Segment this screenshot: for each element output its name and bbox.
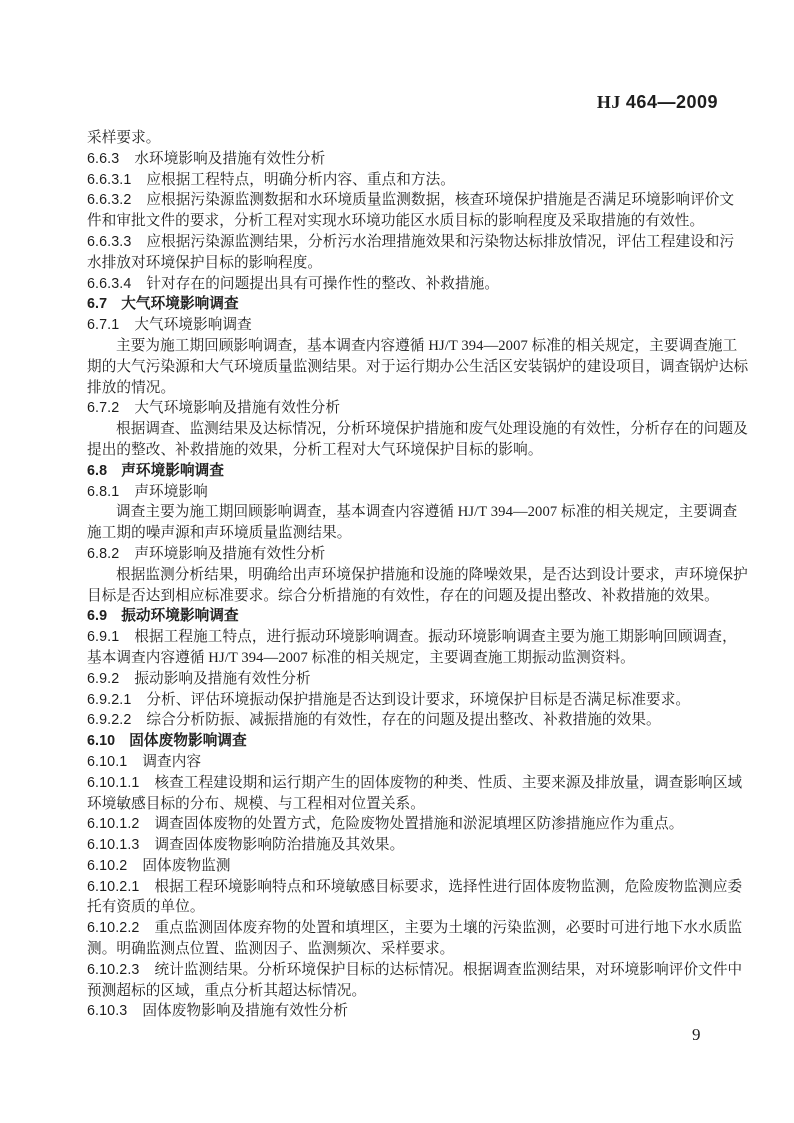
doc-line: 6.7.2大气环境影响及措施有效性分析: [87, 398, 719, 419]
line-text: 振动环境影响调查: [121, 608, 239, 624]
doc-line: 6.9.2.1分析、评估环境振动保护措施是否达到设计要求，环境保护目标是否满足标…: [87, 690, 719, 711]
section-number: 6.8.2: [87, 546, 119, 562]
line-text: 综合分析防振、减振措施的有效性，存在的问题及提出整改、补救措施的效果。: [146, 712, 660, 728]
doc-line: 件和审批文件的要求，分析工程对实现水环境功能区水质目标的影响程度及采取措施的有效…: [87, 211, 719, 232]
page-number: 9: [692, 1025, 701, 1045]
line-text: 采样要求。: [87, 130, 160, 146]
section-number: 6.7.1: [87, 317, 119, 333]
doc-line: 环境敏感目标的分布、规模、与工程相对位置关系。: [87, 794, 719, 815]
line-text: 期的大气污染源和大气环境质量监测结果。对于运行期办公生活区安装锅炉的建设项目，调…: [87, 359, 748, 375]
section-number: 6.6.3.4: [87, 276, 131, 292]
line-text: 固体废物影响及措施有效性分析: [142, 1003, 348, 1019]
line-text: 根据调查、监测结果及达标情况，分析环境保护措施和废气处理设施的有效性，分析存在的…: [116, 421, 748, 437]
doc-line: 6.9振动环境影响调查: [87, 606, 719, 627]
doc-line: 水排放对环境保护目标的影响程度。: [87, 253, 719, 274]
doc-line: 6.6.3.2应根据污染源监测数据和水环境质量监测数据，核查环境保护措施是否满足…: [87, 190, 719, 211]
doc-line: 6.10.1.3调查固体废物影响防治措施及其效果。: [87, 835, 719, 856]
section-number: 6.9.2.2: [87, 712, 131, 728]
line-text: 分析、评估环境振动保护措施是否达到设计要求，环境保护目标是否满足标准要求。: [146, 692, 690, 708]
section-number: 6.10: [87, 733, 115, 749]
doc-line: 6.9.1根据工程施工特点，进行振动环境影响调查。振动环境影响调查主要为施工期影…: [87, 627, 719, 648]
section-number: 6.6.3.1: [87, 172, 131, 188]
doc-line: 排放的情况。: [87, 378, 719, 399]
doc-line: 6.8.1声环境影响: [87, 482, 719, 503]
section-number: 6.6.3.2: [87, 192, 131, 208]
line-text: 根据工程施工特点，进行振动环境影响调查。振动环境影响调查主要为施工期影响回顾调查…: [134, 629, 736, 645]
doc-line: 6.7.1大气环境影响调查: [87, 315, 719, 336]
doc-line: 6.8声环境影响调查: [87, 461, 719, 482]
line-text: 声环境影响调查: [121, 463, 224, 479]
doc-line: 6.6.3水环境影响及措施有效性分析: [87, 149, 719, 170]
doc-line: 6.6.3.3应根据污染源监测结果，分析污水治理措施效果和污染物达标排放情况，评…: [87, 232, 719, 253]
line-text: 根据监测分析结果，明确给出声环境保护措施和设施的降噪效果，是否达到设计要求，声环…: [116, 567, 748, 583]
doc-line: 6.10.1.2调查固体废物的处置方式，危险废物处置措施和淤泥填埋区防渗措施应作…: [87, 814, 719, 835]
section-number: 6.10.1.3: [87, 837, 139, 853]
doc-line: 6.10.1.1核查工程建设期和运行期产生的固体废物的种类、性质、主要来源及排放…: [87, 773, 719, 794]
line-text: 环境敏感目标的分布、规模、与工程相对位置关系。: [87, 796, 425, 812]
document-page: HJ 464—2009 采样要求。6.6.3水环境影响及措施有效性分析6.6.3…: [0, 0, 794, 1123]
standard-code-number: 464—2009: [626, 92, 718, 112]
doc-line: 主要为施工期回顾影响调查，基本调查内容遵循 HJ/T 394—2007 标准的相…: [87, 336, 719, 357]
line-text: 调查主要为施工期回顾影响调查，基本调查内容遵循 HJ/T 394—2007 标准…: [116, 504, 737, 520]
doc-line: 6.9.2.2综合分析防振、减振措施的有效性，存在的问题及提出整改、补救措施的效…: [87, 710, 719, 731]
section-number: 6.10.2.3: [87, 962, 139, 978]
doc-line: 6.7大气环境影响调查: [87, 294, 719, 315]
doc-line: 基本调查内容遵循 HJ/T 394—2007 标准的相关规定，主要调查施工期振动…: [87, 648, 719, 669]
section-number: 6.9.2.1: [87, 692, 131, 708]
doc-line: 根据调查、监测结果及达标情况，分析环境保护措施和废气处理设施的有效性，分析存在的…: [87, 419, 719, 440]
line-text: 大气环境影响调查: [121, 296, 239, 312]
line-text: 根据工程环境影响特点和环境敏感目标要求，选择性进行固体废物监测，危险废物监测应委: [154, 879, 742, 895]
line-text: 核查工程建设期和运行期产生的固体废物的种类、性质、主要来源及排放量，调查影响区域: [154, 775, 742, 791]
section-number: 6.8: [87, 463, 107, 479]
line-text: 水排放对环境保护目标的影响程度。: [87, 255, 322, 271]
doc-line: 提出的整改、补救措施的效果，分析工程对大气环境保护目标的影响。: [87, 440, 719, 461]
doc-line: 预测超标的区域，重点分析其超达标情况。: [87, 981, 719, 1002]
line-text: 重点监测固体废弃物的处置和填埋区，主要为土壤的污染监测，必要时可进行地下水水质监: [154, 920, 742, 936]
doc-line: 目标是否达到相应标准要求。综合分析措施的有效性，存在的问题及提出整改、补救措施的…: [87, 586, 719, 607]
line-text: 测。明确监测点位置、监测因子、监测频次、采样要求。: [87, 941, 454, 957]
doc-line: 调查主要为施工期回顾影响调查，基本调查内容遵循 HJ/T 394—2007 标准…: [87, 502, 719, 523]
section-number: 6.10.1: [87, 754, 127, 770]
doc-line: 6.10.3固体废物影响及措施有效性分析: [87, 1001, 719, 1022]
section-number: 6.9.1: [87, 629, 119, 645]
line-text: 水环境影响及措施有效性分析: [134, 151, 325, 167]
section-number: 6.10.1.2: [87, 816, 139, 832]
section-number: 6.10.2.1: [87, 879, 139, 895]
line-text: 声环境影响: [134, 484, 207, 500]
doc-line: 期的大气污染源和大气环境质量监测结果。对于运行期办公生活区安装锅炉的建设项目，调…: [87, 357, 719, 378]
section-number: 6.6.3: [87, 151, 119, 167]
line-text: 声环境影响及措施有效性分析: [134, 546, 325, 562]
section-number: 6.10.2.2: [87, 920, 139, 936]
section-number: 6.9.2: [87, 671, 119, 687]
doc-line: 采样要求。: [87, 128, 719, 149]
doc-line: 托有资质的单位。: [87, 897, 719, 918]
line-text: 托有资质的单位。: [87, 899, 205, 915]
doc-line: 6.10.2.2重点监测固体废弃物的处置和填埋区，主要为土壤的污染监测，必要时可…: [87, 918, 719, 939]
line-text: 主要为施工期回顾影响调查，基本调查内容遵循 HJ/T 394—2007 标准的相…: [116, 338, 737, 354]
doc-line: 测。明确监测点位置、监测因子、监测频次、采样要求。: [87, 939, 719, 960]
doc-line: 6.10.2.1根据工程环境影响特点和环境敏感目标要求，选择性进行固体废物监测，…: [87, 877, 719, 898]
line-text: 大气环境影响及措施有效性分析: [134, 400, 340, 416]
section-number: 6.7.2: [87, 400, 119, 416]
section-number: 6.7: [87, 296, 107, 312]
doc-line: 6.6.3.1应根据工程特点，明确分析内容、重点和方法。: [87, 170, 719, 191]
line-text: 件和审批文件的要求，分析工程对实现水环境功能区水质目标的影响程度及采取措施的有效…: [87, 213, 704, 229]
section-number: 6.8.1: [87, 484, 119, 500]
doc-line: 6.9.2振动影响及措施有效性分析: [87, 669, 719, 690]
section-number: 6.6.3.3: [87, 234, 131, 250]
line-text: 统计监测结果。分析环境保护目标的达标情况。根据调查监测结果，对环境影响评价文件中: [154, 962, 742, 978]
doc-line: 6.6.3.4针对存在的问题提出具有可操作性的整改、补救措施。: [87, 274, 719, 295]
line-text: 排放的情况。: [87, 380, 175, 396]
section-number: 6.10.1.1: [87, 775, 139, 791]
doc-line: 6.8.2声环境影响及措施有效性分析: [87, 544, 719, 565]
line-text: 调查固体废物的处置方式，危险废物处置措施和淤泥填埋区防渗措施应作为重点。: [154, 816, 683, 832]
line-text: 预测超标的区域，重点分析其超达标情况。: [87, 983, 366, 999]
line-text: 调查固体废物影响防治措施及其效果。: [154, 837, 404, 853]
line-text: 固体废物监测: [142, 858, 230, 874]
line-text: 应根据污染源监测数据和水环境质量监测数据，核查环境保护措施是否满足环境影响评价文: [146, 192, 734, 208]
line-text: 基本调查内容遵循 HJ/T 394—2007 标准的相关规定，主要调查施工期振动…: [87, 650, 635, 666]
line-text: 应根据污染源监测结果，分析污水治理措施效果和污染物达标排放情况，评估工程建设和污: [146, 234, 734, 250]
line-text: 大气环境影响调查: [134, 317, 252, 333]
doc-line: 根据监测分析结果，明确给出声环境保护措施和设施的降噪效果，是否达到设计要求，声环…: [87, 565, 719, 586]
standard-code-header: HJ 464—2009: [597, 92, 718, 113]
document-body: 采样要求。6.6.3水环境影响及措施有效性分析6.6.3.1应根据工程特点，明确…: [87, 128, 719, 1022]
line-text: 固体废物影响调查: [129, 733, 247, 749]
section-number: 6.9: [87, 608, 107, 624]
doc-line: 施工期的噪声源和声环境质量监测结果。: [87, 523, 719, 544]
doc-line: 6.10.2.3统计监测结果。分析环境保护目标的达标情况。根据调查监测结果，对环…: [87, 960, 719, 981]
line-text: 应根据工程特点，明确分析内容、重点和方法。: [146, 172, 455, 188]
line-text: 施工期的噪声源和声环境质量监测结果。: [87, 525, 352, 541]
doc-line: 6.10固体废物影响调查: [87, 731, 719, 752]
line-text: 振动影响及措施有效性分析: [134, 671, 310, 687]
standard-code-prefix: HJ: [597, 92, 621, 112]
line-text: 调查内容: [142, 754, 201, 770]
line-text: 针对存在的问题提出具有可操作性的整改、补救措施。: [146, 276, 499, 292]
section-number: 6.10.3: [87, 1003, 127, 1019]
doc-line: 6.10.1调查内容: [87, 752, 719, 773]
line-text: 提出的整改、补救措施的效果，分析工程对大气环境保护目标的影响。: [87, 442, 543, 458]
doc-line: 6.10.2固体废物监测: [87, 856, 719, 877]
line-text: 目标是否达到相应标准要求。综合分析措施的有效性，存在的问题及提出整改、补救措施的…: [87, 588, 719, 604]
section-number: 6.10.2: [87, 858, 127, 874]
